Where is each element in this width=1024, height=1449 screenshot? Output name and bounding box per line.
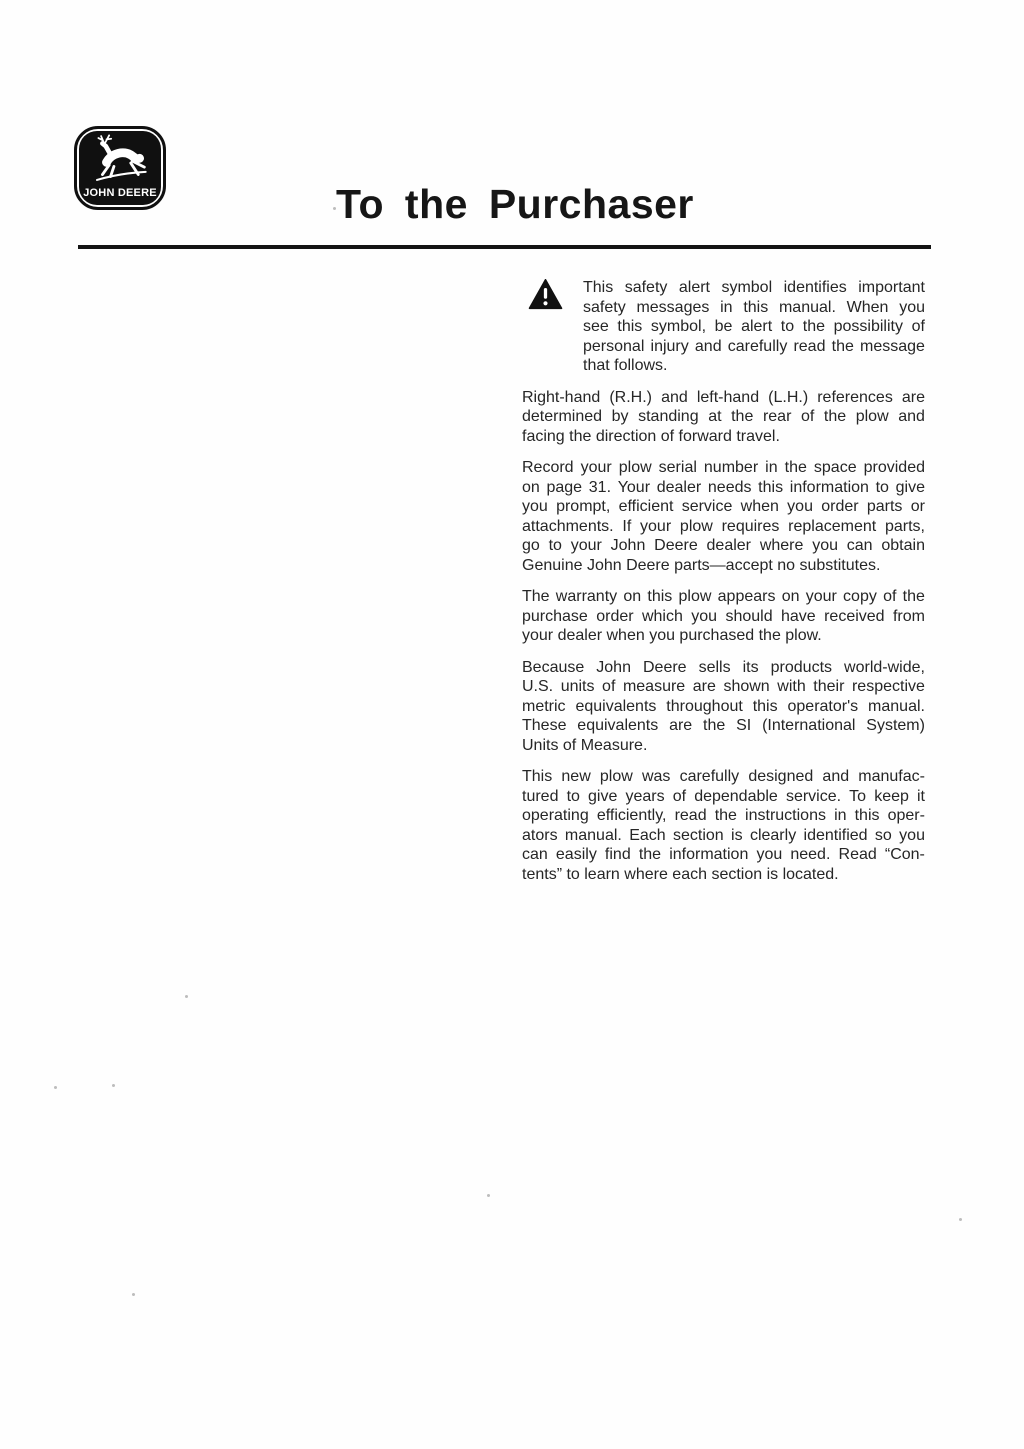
text-line: atorsmanual.Eachsectionisclearlyidentifi… [522, 826, 925, 846]
paragraph-1: Thissafetyalertsymbolidentifiesimportant… [522, 278, 925, 376]
scan-speck [185, 995, 188, 998]
text-line: Units of Measure. [522, 736, 925, 756]
text-line: Thisnewplowwascarefullydesignedandmanufa… [522, 767, 925, 787]
text-line: purchaseorderwhichyoushouldhavereceivedf… [522, 607, 925, 627]
text-line: Recordyourplowserialnumberinthespaceprov… [522, 458, 925, 478]
logo-brand-text: JOHN DEERE [79, 187, 161, 199]
text-line: Thissafetyalertsymbolidentifiesimportant [583, 278, 925, 298]
leaping-deer-icon [86, 134, 154, 184]
text-line: attachments.Ifyourplowrequiresreplacemen… [522, 517, 925, 537]
text-line: Thewarrantyonthisplowappearsonyourcopyof… [522, 587, 925, 607]
text-line: your dealer when you purchased the plow. [522, 626, 925, 646]
scan-speck [487, 1194, 490, 1197]
scan-speck [333, 207, 336, 210]
text-line: caneasilyfindtheinformationyouneed.Read“… [522, 845, 925, 865]
manual-page: JOHN DEERE To the Purchaser Thissafetyal… [0, 0, 1024, 1449]
scan-speck [54, 1086, 57, 1089]
paragraph-5: BecauseJohnDeeresellsitsproductsworld-wi… [522, 658, 925, 756]
text-line: U.S.unitsofmeasureareshownwiththeirrespe… [522, 677, 925, 697]
text-line: safetymessagesinthismanual.Whenyou [583, 298, 925, 318]
text-line: BecauseJohnDeeresellsitsproductsworld-wi… [522, 658, 925, 678]
page-title: To the Purchaser [336, 184, 694, 225]
text-line: that follows. [583, 356, 925, 376]
john-deere-logo-background: JOHN DEERE [79, 131, 161, 205]
paragraph-4: Thewarrantyonthisplowappearsonyourcopyof… [522, 587, 925, 646]
text-line: seethissymbol,bealerttothepossibilityof [583, 317, 925, 337]
text-line: youprompt,efficientservicewhenyouorderpa… [522, 497, 925, 517]
scan-speck [132, 1293, 135, 1296]
text-line: metricequivalentsthroughoutthisoperator'… [522, 697, 925, 717]
text-line: Genuine John Deere parts—accept no subst… [522, 556, 925, 576]
text-line: personalinjuryandcarefullyreadthemessage [583, 337, 925, 357]
text-line: gotoyourJohnDeeredealerwhereyoucanobtain [522, 536, 925, 556]
text-line: operatingefficiently,readtheinstructions… [522, 806, 925, 826]
text-line: turedtogiveyearsofdependableservice.Toke… [522, 787, 925, 807]
john-deere-logo: JOHN DEERE [74, 126, 166, 210]
paragraph-2: Right-hand(R.H.)andleft-hand(L.H.)refere… [522, 388, 925, 447]
text-line: tents” to learn where each section is lo… [522, 865, 925, 885]
text-line: Right-hand(R.H.)andleft-hand(L.H.)refere… [522, 388, 925, 408]
text-line: facing the direction of forward travel. [522, 427, 925, 447]
text-line: onpage31.Yourdealerneedsthisinformationt… [522, 478, 925, 498]
divider-rule [78, 245, 931, 249]
scan-speck [959, 1218, 962, 1221]
text-line: determinedbystandingattherearoftheplowan… [522, 407, 925, 427]
body-text-column: Thissafetyalertsymbolidentifiesimportant… [522, 278, 925, 896]
paragraph-3: Recordyourplowserialnumberinthespaceprov… [522, 458, 925, 575]
paragraph-6: Thisnewplowwascarefullydesignedandmanufa… [522, 767, 925, 884]
text-line: TheseequivalentsaretheSI(InternationalSy… [522, 716, 925, 736]
scan-speck [112, 1084, 115, 1087]
safety-alert-icon [528, 279, 563, 310]
